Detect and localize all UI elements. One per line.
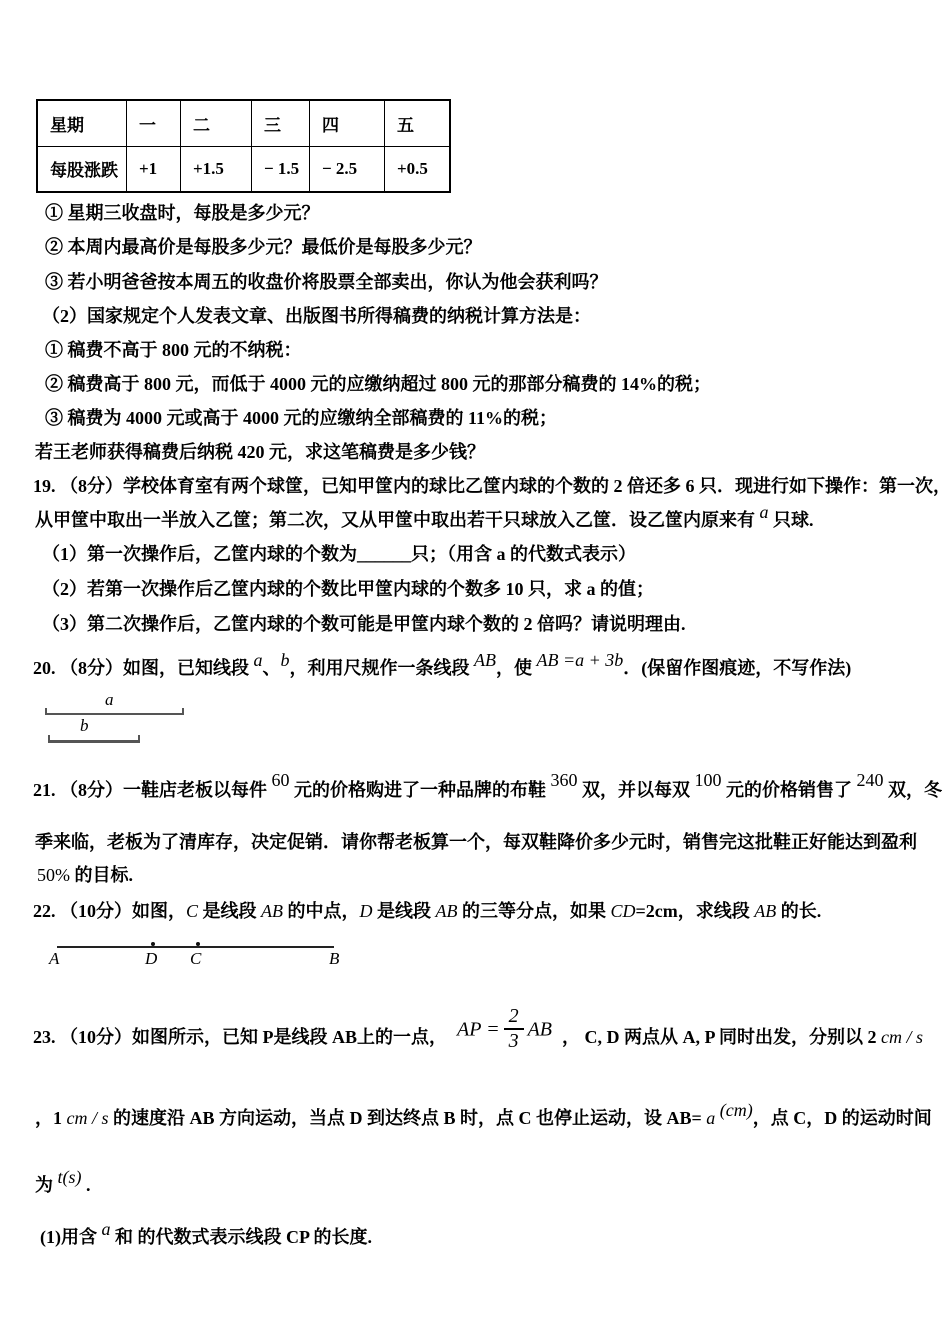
table-cell-mon: 一 xyxy=(127,100,181,146)
table-cell-change-label: 每股涨跌 xyxy=(37,146,127,192)
table-cell-thu: 四 xyxy=(310,100,385,146)
question-21-line3: 50% 的目标. xyxy=(37,862,133,888)
point-label-d: D xyxy=(145,949,157,969)
table-cell-wed: 三 xyxy=(252,100,310,146)
question-19-part3: （3）第二次操作后，乙筐内球的个数可能是甲筐内球个数的 2 倍吗？请说明理由. xyxy=(42,611,686,637)
text-line-sub2: ② 本周内最高价是每股多少元？最低价是每股多少元？ xyxy=(45,234,482,260)
question-23-line2: ，1 cm / s 的速度沿 AB 方向运动，当点 D 到达终点 B 时，点 C… xyxy=(35,1105,932,1131)
question-23-line1: 23. （10分）如图所示，已知 P是线段 AB上的一点，AP =23AB， C… xyxy=(33,1015,923,1063)
point-label-c: C xyxy=(190,949,201,969)
text-line-tax3: ③ 稿费为 4000 元或高于 4000 元的应缴纳全部稿费的 11%的税； xyxy=(45,405,557,431)
table-cell-change-wed: − 1.5 xyxy=(252,146,310,192)
segment-b-line xyxy=(48,740,140,743)
segment-a-diagram: a xyxy=(45,694,184,715)
fraction-denominator: 3 xyxy=(504,1030,524,1053)
question-21-line2: 季来临，老板为了清库存，决定促销．请你帮老板算一个，每双鞋降价多少元时，销售完这… xyxy=(35,829,917,855)
point-label-b: B xyxy=(329,949,339,969)
question-22-line: 22. （10分）如图，C 是线段 AB 的中点，D 是线段 AB 的三等分点，… xyxy=(33,898,821,924)
ap-fraction-formula: AP =23AB xyxy=(457,1007,552,1055)
table-cell-fri: 五 xyxy=(385,100,451,146)
question-23-line1-tail: ， C, D 两点从 A, P 同时出发，分别以 2 cm / s xyxy=(562,1027,923,1047)
question-23-line3: 为 t(s) . xyxy=(35,1172,91,1198)
table-header-row: 星期 一 二 三 四 五 xyxy=(37,100,450,146)
point-c-dot xyxy=(196,942,200,946)
table-value-row: 每股涨跌 +1 +1.5 − 1.5 − 2.5 +0.5 xyxy=(37,146,450,192)
question-20-line: 20. （8分）如图，已知线段 a、b，利用尺规作一条线段 AB，使 AB =a… xyxy=(33,655,851,681)
text-line-tax-question: 若王老师获得稿费后纳税 420 元，求这笔稿费是多少钱？ xyxy=(35,439,485,465)
text-line-part2: （2）国家规定个人发表文章、出版图书所得稿费的纳税计算方法是： xyxy=(42,303,591,329)
table-cell-tue: 二 xyxy=(181,100,252,146)
stock-table: 星期 一 二 三 四 五 每股涨跌 +1 +1.5 − 1.5 − 2.5 +0… xyxy=(36,99,451,193)
question-19-line2: 从甲筐中取出一半放入乙筐；第二次，又从甲筐中取出若干只球放入乙筐．设乙筐内原来有… xyxy=(35,507,814,533)
fraction-numerator: 2 xyxy=(504,1005,524,1030)
segment-ab-line xyxy=(57,946,334,948)
table-cell-week: 星期 xyxy=(37,100,127,146)
point-label-a: A xyxy=(49,949,59,969)
question-19-part2: （2）若第一次操作后乙筐内球的个数比甲筐内球的个数多 10 只，求 a 的值； xyxy=(42,576,654,602)
segment-ab-diagram: A D C B xyxy=(45,936,355,972)
text-line-tax2: ② 稿费高于 800 元，而低于 4000 元的应缴纳超过 800 元的那部分稿… xyxy=(45,371,711,397)
question-21-line1: 21. （8分）一鞋店老板以每件 60 元的价格购进了一种品牌的布鞋 360 双… xyxy=(33,777,942,803)
table-cell-change-thu: − 2.5 xyxy=(310,146,385,192)
segment-a-line xyxy=(45,713,184,715)
segment-a-label: a xyxy=(105,690,114,710)
table-cell-change-mon: +1 xyxy=(127,146,181,192)
question-23-line1-pre: 23. （10分）如图所示，已知 P是线段 AB上的一点， xyxy=(33,1027,447,1047)
text-line-tax1: ① 稿费不高于 800 元的不纳税： xyxy=(45,337,302,363)
segment-b-label: b xyxy=(80,716,89,736)
text-line-sub3: ③ 若小明爸爸按本周五的收盘价将股票全部卖出，你认为他会获利吗？ xyxy=(45,269,608,295)
question-23-part1: (1)用含 a 和 的代数式表示线段 CP 的长度. xyxy=(40,1224,372,1250)
question-19-part1: （1）第一次操作后，乙筐内球的个数为______只；（用含 a 的代数式表示） xyxy=(42,541,636,567)
exam-page: 星期 一 二 三 四 五 每股涨跌 +1 +1.5 − 1.5 − 2.5 +0… xyxy=(0,0,950,1344)
question-19-line1: 19. （8分）学校体育室有两个球筐，已知甲筐内的球比乙筐内球的个数的 2 倍还… xyxy=(33,473,950,499)
formula-rhs: AB xyxy=(528,1019,552,1041)
table-cell-change-tue: +1.5 xyxy=(181,146,252,192)
point-d-dot xyxy=(151,942,155,946)
formula-lhs: AP = xyxy=(457,1019,500,1041)
segment-b-diagram: b xyxy=(48,722,140,743)
text-line-sub1: ① 星期三收盘时，每股是多少元？ xyxy=(45,200,320,226)
fraction-two-thirds: 23 xyxy=(504,1005,524,1053)
table-cell-change-fri: +0.5 xyxy=(385,146,451,192)
